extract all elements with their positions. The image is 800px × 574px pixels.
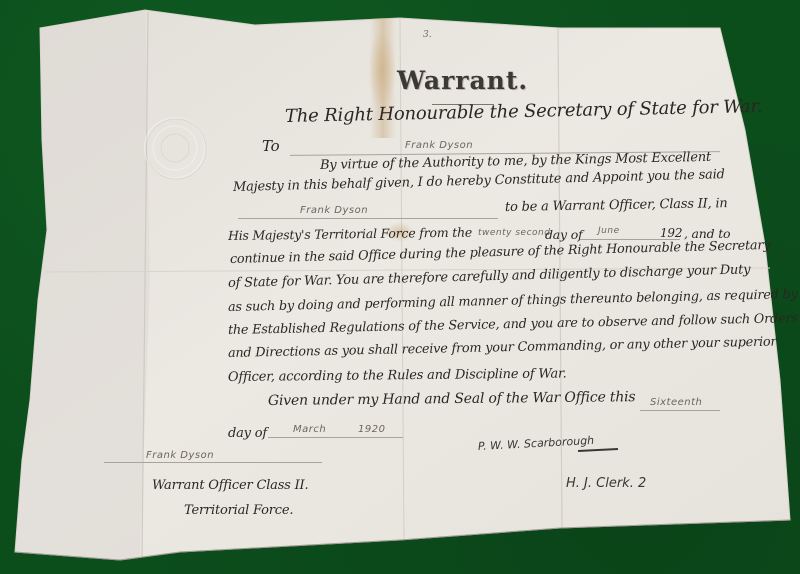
given-year: 1920 xyxy=(358,424,385,435)
appointee-name: Frank Dyson xyxy=(300,205,368,216)
day-of-label: day of xyxy=(228,426,267,441)
footer-unit: Territorial Force. xyxy=(184,503,293,518)
document-title: Warrant. xyxy=(397,66,528,95)
body-line-7: as such by doing and performing all mann… xyxy=(228,287,798,315)
given-month-line xyxy=(268,437,403,438)
body-line-2: Majesty in this behalf given, I do hereb… xyxy=(233,167,725,195)
footer-rank: Warrant Officer Class II. xyxy=(152,478,308,493)
given-under-hand-text: Given under my Hand and Seal of the War … xyxy=(268,389,636,409)
recipient-name: Frank Dyson xyxy=(405,140,473,151)
body-line-10: Officer, according to the Rules and Disc… xyxy=(228,366,567,385)
body-line-4-prefix: His Majesty's Territorial Force from the xyxy=(228,225,472,243)
commission-month: June xyxy=(598,226,620,236)
to-label: To xyxy=(262,137,279,155)
appointee-line xyxy=(238,218,498,219)
body-line-5: continue in the said Office during the p… xyxy=(230,238,771,267)
body-line-3: to be a Warrant Officer, Class II, in xyxy=(505,196,728,215)
footer-name-line xyxy=(104,462,322,463)
primary-signature: P. W. W. Scarborough xyxy=(478,434,595,453)
commission-year: 192 xyxy=(660,226,682,240)
page-number: 3. xyxy=(423,30,432,40)
commission-day: twenty second xyxy=(478,228,550,238)
body-line-4-mid: day of xyxy=(545,227,582,242)
issuer-heading: The Right Honourable the Secretary of St… xyxy=(285,96,763,127)
body-line-6: of State for War. You are therefore care… xyxy=(228,262,751,291)
footer-name: Frank Dyson xyxy=(146,450,214,461)
body-line-8: the Established Regulations of the Servi… xyxy=(228,311,798,338)
body-line-9: and Directions as you shall receive from… xyxy=(228,335,777,361)
warrant-document: 3. Warrant. The Right Honourable the Sec… xyxy=(0,0,800,574)
secondary-signature: H. J. Clerk. 2 xyxy=(566,476,646,491)
given-month: March xyxy=(293,424,326,435)
given-day: Sixteenth xyxy=(650,397,702,408)
primary-signature-flourish xyxy=(578,448,618,452)
given-day-line xyxy=(640,410,720,411)
